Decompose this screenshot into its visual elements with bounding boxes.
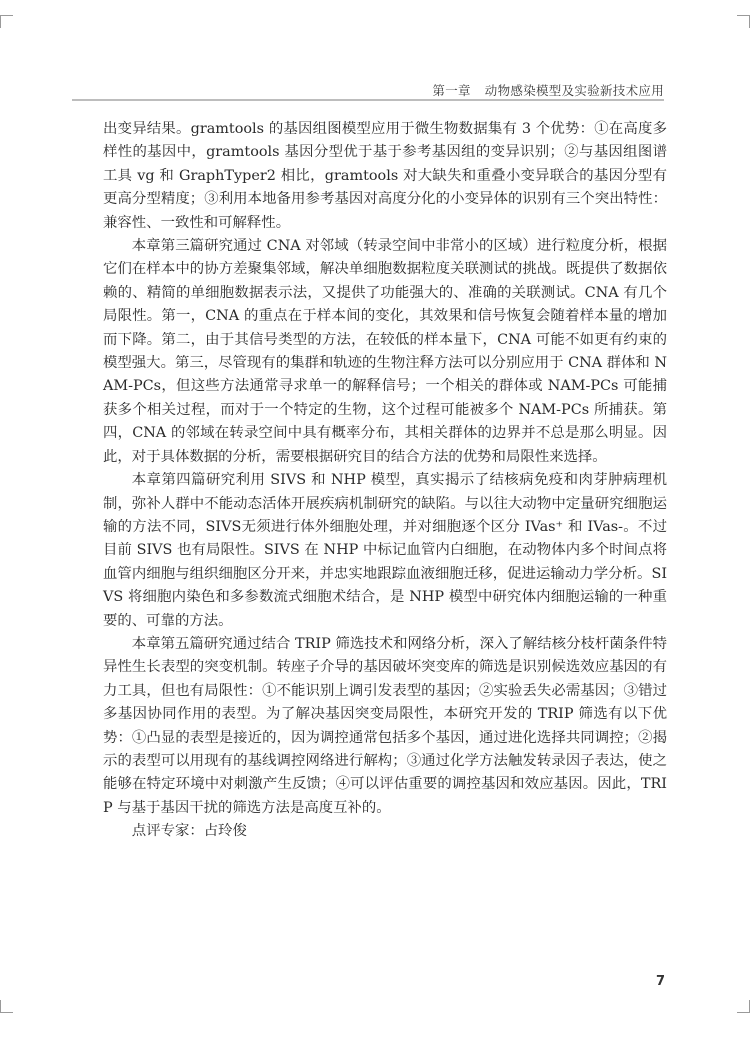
crop-mark-bottom-right: [737, 1000, 750, 1013]
reviewer-name: 占玲俊: [204, 823, 247, 839]
crop-mark-top-left: [0, 15, 13, 28]
body-text: 出变异结果。gramtools 的基因组图模型应用于微生物数据集有 3 个优势：…: [103, 118, 667, 844]
page-number: 7: [656, 974, 665, 989]
chapter-number: 第一章: [432, 83, 470, 98]
running-header: 第一章动物感染模型及实验新技术应用: [72, 81, 664, 99]
chapter-title: 动物感染模型及实验新技术应用: [485, 83, 664, 98]
header-rule: [72, 99, 664, 101]
paragraph-4: 本章第五篇研究通过结合 TRIP 筛选技术和网络分析，深入了解结核分枝杆菌条件特…: [103, 633, 667, 820]
paragraph-1: 出变异结果。gramtools 的基因组图模型应用于微生物数据集有 3 个优势：…: [103, 118, 667, 235]
crop-mark-top-right: [737, 15, 750, 28]
reviewer-line: 点评专家：占玲俊: [103, 820, 667, 843]
reviewer-label: 点评专家：: [132, 823, 204, 839]
paragraph-2: 本章第三篇研究通过 CNA 对邻域（转录空间中非常小的区域）进行粒度分析，根据它…: [103, 235, 667, 469]
paragraph-3: 本章第四篇研究利用 SIVS 和 NHP 模型，真实揭示了结核病免疫和肉芽肿病理…: [103, 469, 667, 633]
crop-mark-bottom-left: [0, 1000, 13, 1013]
